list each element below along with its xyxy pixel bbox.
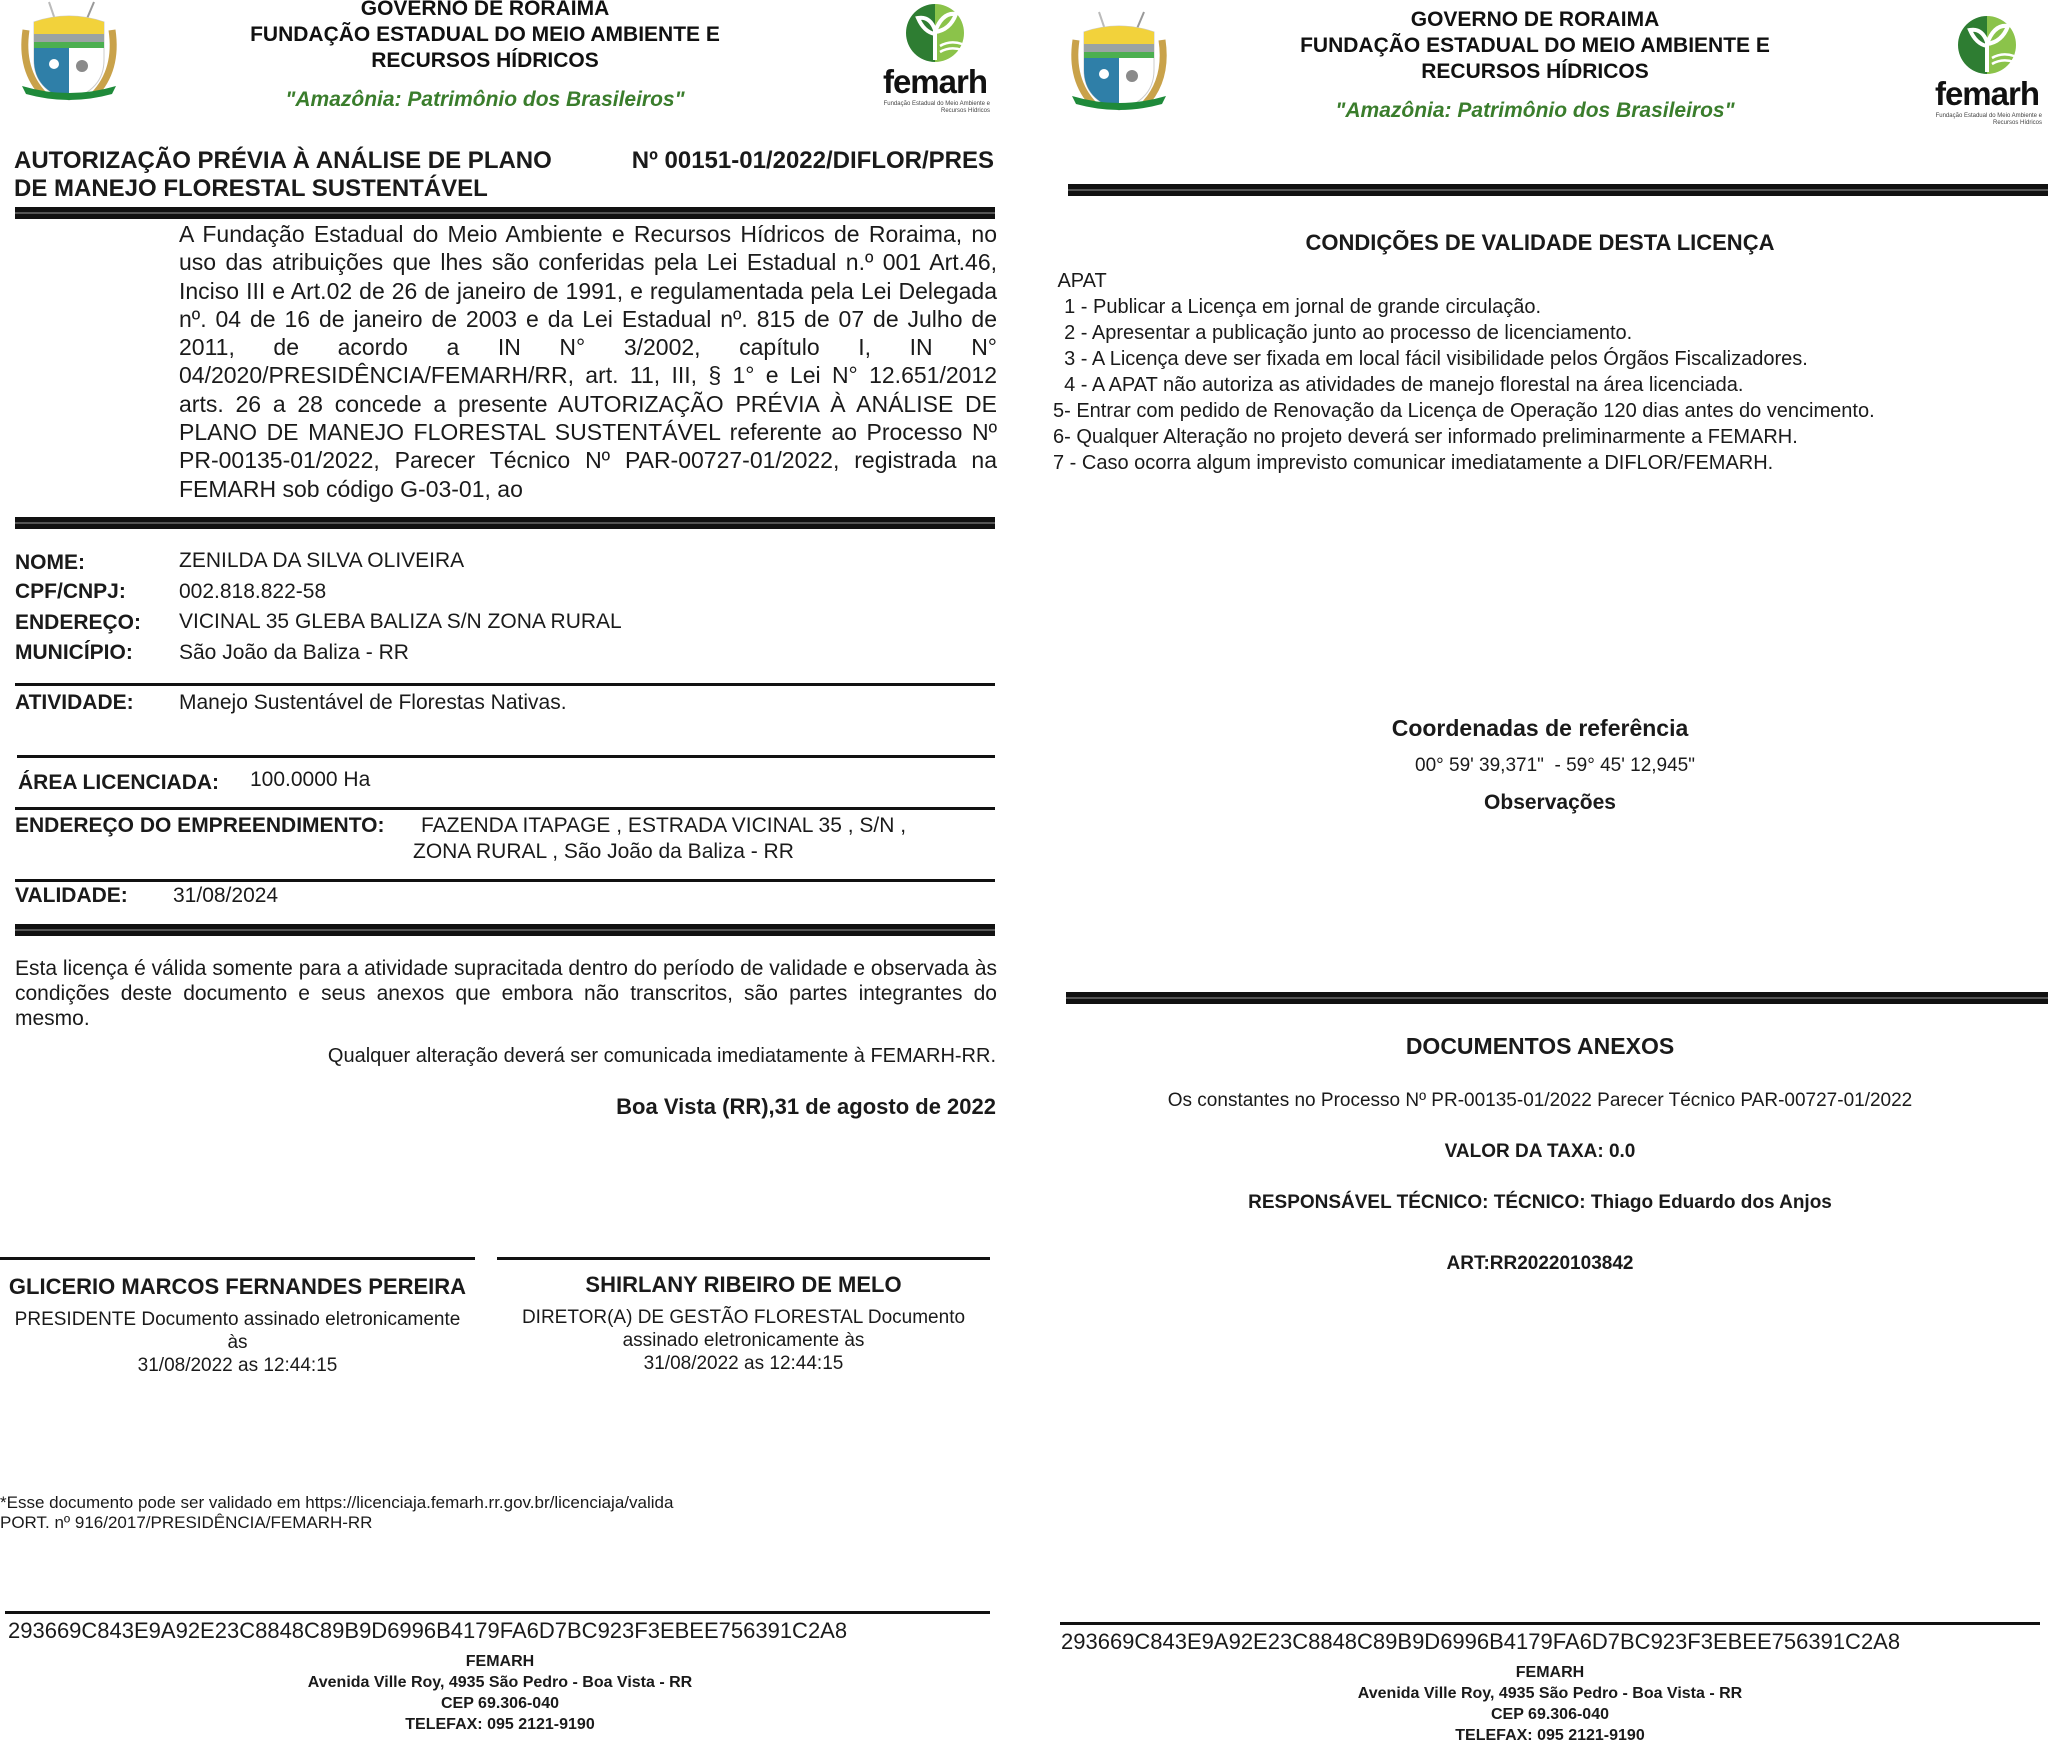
label-cpf: CPF/CNPJ: — [15, 580, 126, 604]
condition-item: 2 - Apresentar a publicação junto ao pro… — [1053, 320, 1875, 346]
label-validade: VALIDADE: — [15, 884, 128, 908]
condition-item: 7 - Caso ocorra algum imprevisto comunic… — [1053, 450, 1875, 476]
roraima-coat-of-arms-icon — [14, 0, 124, 110]
signature-line — [0, 1257, 475, 1260]
header-resources: RECURSOS HÍDRICOS — [1210, 59, 1860, 85]
value-validade: 31/08/2024 — [173, 884, 278, 908]
divider — [1060, 1622, 2040, 1625]
condition-item: 6- Qualquer Alteração no projeto deverá … — [1053, 424, 1875, 450]
validation-link[interactable]: *Esse documento pode ser validado em htt… — [0, 1493, 673, 1513]
femarh-leaf-logo-icon — [880, 2, 990, 64]
document-title: AUTORIZAÇÃO PRÉVIA À ANÁLISE DE PLANO DE… — [14, 147, 552, 203]
signer-name: GLICERIO MARCOS FERNANDES PEREIRA — [0, 1274, 475, 1300]
femarh-wordmark: femarh — [880, 63, 990, 101]
femarh-leaf-logo-icon — [1932, 14, 2042, 76]
coordinates-value: 00° 59' 39,371" - 59° 45' 12,945" — [1290, 755, 1820, 777]
value-area: 100.0000 Ha — [250, 768, 370, 792]
roraima-coat-of-arms-icon — [1064, 10, 1174, 120]
observations-title: Observações — [1300, 791, 1800, 815]
label-area: ÁREA LICENCIADA: — [18, 771, 219, 795]
header-resources: RECURSOS HÍDRICOS — [160, 48, 810, 74]
divider — [15, 207, 995, 219]
annexes-title: DOCUMENTOS ANEXOS — [1040, 1033, 2040, 1060]
divider — [15, 807, 995, 810]
place-date: Boa Vista (RR),31 de agosto de 2022 — [400, 1094, 996, 1120]
femarh-subtitle: Fundação Estadual do Meio Ambiente e Rec… — [880, 101, 990, 115]
footnote: *Esse documento pode ser validado em htt… — [0, 1493, 673, 1533]
value-atividade: Manejo Sustentável de Florestas Nativas. — [179, 691, 567, 715]
label-nome: NOME: — [15, 551, 85, 575]
value-municipio: São João da Baliza - RR — [179, 641, 409, 665]
header-foundation: FUNDAÇÃO ESTADUAL DO MEIO AMBIENTE E — [160, 22, 810, 48]
divider — [15, 517, 995, 529]
condition-item: 4 - A APAT não autoriza as atividades de… — [1053, 372, 1875, 398]
condition-item: APAT — [1053, 268, 1875, 294]
value-emp-address-2: ZONA RURAL , São João da Baliza - RR — [413, 840, 794, 864]
conditions-list: APAT 1 - Publicar a Licença em jornal de… — [1053, 268, 1875, 476]
coordinates-title: Coordenadas de referência — [1290, 715, 1790, 742]
condition-item: 5- Entrar com pedido de Renovação da Lic… — [1053, 398, 1875, 424]
art-number: ART:RR20220103842 — [1040, 1253, 2040, 1275]
divider — [15, 683, 995, 686]
signature-block-president: GLICERIO MARCOS FERNANDES PEREIRA PRESID… — [0, 1274, 475, 1377]
document-number: Nº 00151-01/2022/DIFLOR/PRES — [600, 147, 994, 175]
condition-item: 3 - A Licença deve ser fixada em local f… — [1053, 346, 1875, 372]
label-endereco: ENDEREÇO: — [15, 611, 141, 635]
femarh-subtitle: Fundação Estadual do Meio Ambiente e Rec… — [1932, 113, 2042, 127]
divider — [1068, 184, 2048, 196]
divider — [17, 755, 995, 758]
label-atividade: ATIVIDADE: — [15, 691, 134, 715]
value-cpf: 002.818.822-58 — [179, 580, 326, 604]
signature-block-director: SHIRLANY RIBEIRO DE MELO DIRETOR(A) DE G… — [497, 1272, 990, 1375]
change-notice: Qualquer alteração deverá ser comunicada… — [200, 1045, 996, 1068]
footer-address: FEMARH Avenida Ville Roy, 4935 São Pedro… — [0, 1651, 1000, 1735]
signature-line — [497, 1257, 990, 1260]
divider — [15, 879, 995, 882]
validity-paragraph: Esta licença é válida somente para a ati… — [15, 956, 997, 1031]
conditions-title: CONDIÇÕES DE VALIDADE DESTA LICENÇA — [1040, 230, 2040, 256]
document-hash: 293669C843E9A92E23C8848C89B9D6996B4179FA… — [8, 1618, 847, 1644]
femarh-logo: femarh Fundação Estadual do Meio Ambient… — [880, 2, 990, 112]
responsible-technician: RESPONSÁVEL TÉCNICO: TÉCNICO: Thiago Edu… — [1040, 1192, 2040, 1214]
label-emp-address: ENDEREÇO DO EMPREENDIMENTO: — [15, 814, 384, 838]
signer-role: PRESIDENTE Documento assinado eletronica… — [0, 1308, 475, 1377]
divider — [5, 1611, 990, 1614]
header-government: GOVERNO DE RORAIMA — [160, 0, 810, 22]
value-nome: ZENILDA DA SILVA OLIVEIRA — [179, 549, 464, 573]
divider — [15, 924, 995, 936]
signer-role: DIRETOR(A) DE GESTÃO FLORESTAL Documento… — [497, 1306, 990, 1375]
femarh-logo: femarh Fundação Estadual do Meio Ambient… — [1932, 14, 2042, 124]
annexes-text: Os constantes no Processo Nº PR-00135-01… — [1040, 1090, 2040, 1112]
header-tagline: "Amazônia: Patrimônio dos Brasileiros" — [1210, 99, 1860, 123]
femarh-wordmark: femarh — [1932, 75, 2042, 113]
label-municipio: MUNICÍPIO: — [15, 641, 133, 665]
document-hash: 293669C843E9A92E23C8848C89B9D6996B4179FA… — [1061, 1629, 1900, 1655]
header-tagline: "Amazônia: Patrimônio dos Brasileiros" — [160, 88, 810, 112]
footer-address: FEMARH Avenida Ville Roy, 4935 São Pedro… — [1040, 1662, 2048, 1741]
value-emp-address-1: FAZENDA ITAPAGE , ESTRADA VICINAL 35 , S… — [421, 814, 906, 838]
condition-item: 1 - Publicar a Licença em jornal de gran… — [1053, 294, 1875, 320]
value-endereco: VICINAL 35 GLEBA BALIZA S/N ZONA RURAL — [179, 610, 622, 634]
intro-paragraph: A Fundação Estadual do Meio Ambiente e R… — [179, 220, 997, 503]
header-foundation: FUNDAÇÃO ESTADUAL DO MEIO AMBIENTE E — [1210, 33, 1860, 59]
fee-value: VALOR DA TAXA: 0.0 — [1040, 1141, 2040, 1163]
header-government: GOVERNO DE RORAIMA — [1210, 7, 1860, 33]
signer-name: SHIRLANY RIBEIRO DE MELO — [497, 1272, 990, 1298]
divider — [1066, 992, 2048, 1004]
